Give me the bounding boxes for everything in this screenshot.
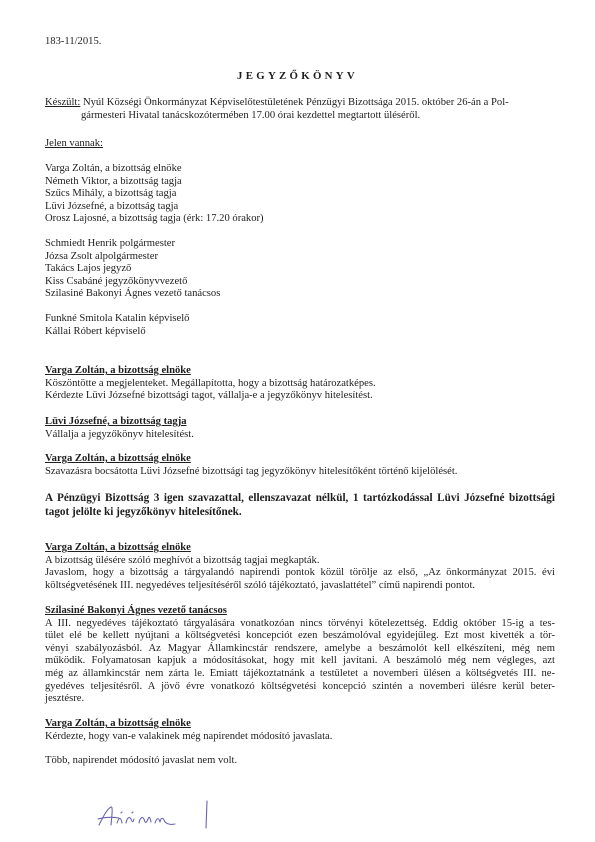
document-page: 183-11/2015. JEGYZŐKÖNYV Készült: Nyúl K… [0, 0, 595, 842]
representatives-list: Funkné Smitola Katalin képviselő Kállai … [45, 313, 189, 338]
speech-line: Köszöntötte a megjelenteket. Megállapíto… [45, 378, 555, 391]
list-item: Szűcs Mihály, a bizottság tagja [45, 188, 264, 201]
list-item: Schmiedt Henrik polgármester [45, 238, 220, 251]
speech-line: Kérdezte Lüvi Józsefné bizottsági tagot,… [45, 390, 555, 403]
intro-label: Készült: [45, 97, 80, 108]
speech-line: Szavazásra bocsátotta Lüvi Józsefné bizo… [45, 466, 555, 479]
list-item: Varga Zoltán, a bizottság elnöke [45, 163, 264, 176]
intro-text-line1: Nyúl Községi Önkormányzat Képviselőtestü… [80, 97, 508, 108]
list-item: Lüvi Józsefné, a bizottság tagja [45, 201, 264, 214]
list-item: Kállai Róbert képviselő [45, 326, 189, 339]
officials-list: Schmiedt Henrik polgármester Józsa Zsolt… [45, 238, 220, 301]
attendees-heading: Jelen vannak: [45, 138, 103, 151]
resolution-line: A Pénzügyi Bizottság 3 igen szavazattal,… [45, 491, 555, 505]
reference-number: 183-11/2015. [45, 36, 101, 49]
speech-line: A III. negyedéves tájékoztató tárgyalásá… [45, 618, 555, 631]
speaker-heading: Varga Zoltán, a bizottság elnöke [45, 453, 555, 466]
speech-line: vényi szabályozásból. Az Magyar Államkin… [45, 643, 555, 656]
speech-line: Javaslom, hogy a bizottság a tárgyalandó… [45, 567, 555, 580]
handwritten-signature-icon [95, 795, 235, 835]
speaker-heading: Varga Zoltán, a bizottság elnöke [45, 542, 555, 555]
resolution-line: tagot jelölte ki jegyzőkönyv hitelesítőn… [45, 505, 555, 519]
list-item: Józsa Zsolt alpolgármester [45, 251, 220, 264]
section-advisor-report: Szilasiné Bakonyi Ágnes vezető tanácsos … [45, 605, 555, 706]
speech-line: Kérdezte, hogy van-e valakinek még napir… [45, 731, 555, 744]
speaker-heading: Szilasiné Bakonyi Ágnes vezető tanácsos [45, 605, 555, 618]
section-chair-question: Varga Zoltán, a bizottság elnöke Kérdezt… [45, 718, 555, 743]
speech-line: jesztésre. [45, 693, 555, 706]
intro-text-line2: gármesteri Hivatal tanácskozótermében 17… [45, 110, 553, 123]
speech-line: még az államkincstár nem zárta le. Emiat… [45, 668, 555, 681]
list-item: Takács Lajos jegyző [45, 263, 220, 276]
committee-members-list: Varga Zoltán, a bizottság elnöke Németh … [45, 163, 264, 226]
speech-line: Vállalja a jegyzőkönyv hitelesítést. [45, 429, 555, 442]
section-member-response: Lüvi Józsefné, a bizottság tagja Vállalj… [45, 416, 555, 441]
speaker-heading: Varga Zoltán, a bizottság elnöke [45, 718, 555, 731]
section-chair-agenda: Varga Zoltán, a bizottság elnöke A bizot… [45, 542, 555, 592]
speech-line: gyedéves teljesítésről. A jövő évre vona… [45, 681, 555, 694]
list-item: Németh Viktor, a bizottság tagja [45, 176, 264, 189]
list-item: Kiss Csabáné jegyzőkönyvvezető [45, 276, 220, 289]
speech-line: A bizottság ülésére szóló meghívót a biz… [45, 555, 555, 568]
section-chair-vote: Varga Zoltán, a bizottság elnöke Szavazá… [45, 453, 555, 478]
speech-line: költségvetésének III. negyedéves teljesí… [45, 580, 555, 593]
list-item: Orosz Lajosné, a bizottság tagja (érk: 1… [45, 213, 264, 226]
intro-paragraph: Készült: Nyúl Községi Önkormányzat Képvi… [45, 97, 553, 122]
speech-line: működik. Folyamatosan kapjuk a módosítás… [45, 655, 555, 668]
list-item: Szilasiné Bakonyi Ágnes vezető tanácsos [45, 288, 220, 301]
speech-line: tület elé be kellett nyújtani a költségv… [45, 630, 555, 643]
speaker-heading: Varga Zoltán, a bizottság elnöke [45, 365, 555, 378]
list-item: Funkné Smitola Katalin képviselő [45, 313, 189, 326]
closing-statement: Több, napirendet módosító javaslat nem v… [45, 755, 237, 768]
speaker-heading: Lüvi Józsefné, a bizottság tagja [45, 416, 555, 429]
resolution-text: A Pénzügyi Bizottság 3 igen szavazattal,… [45, 491, 555, 519]
section-chair-opening: Varga Zoltán, a bizottság elnöke Köszönt… [45, 365, 555, 403]
document-title: JEGYZŐKÖNYV [0, 70, 595, 83]
